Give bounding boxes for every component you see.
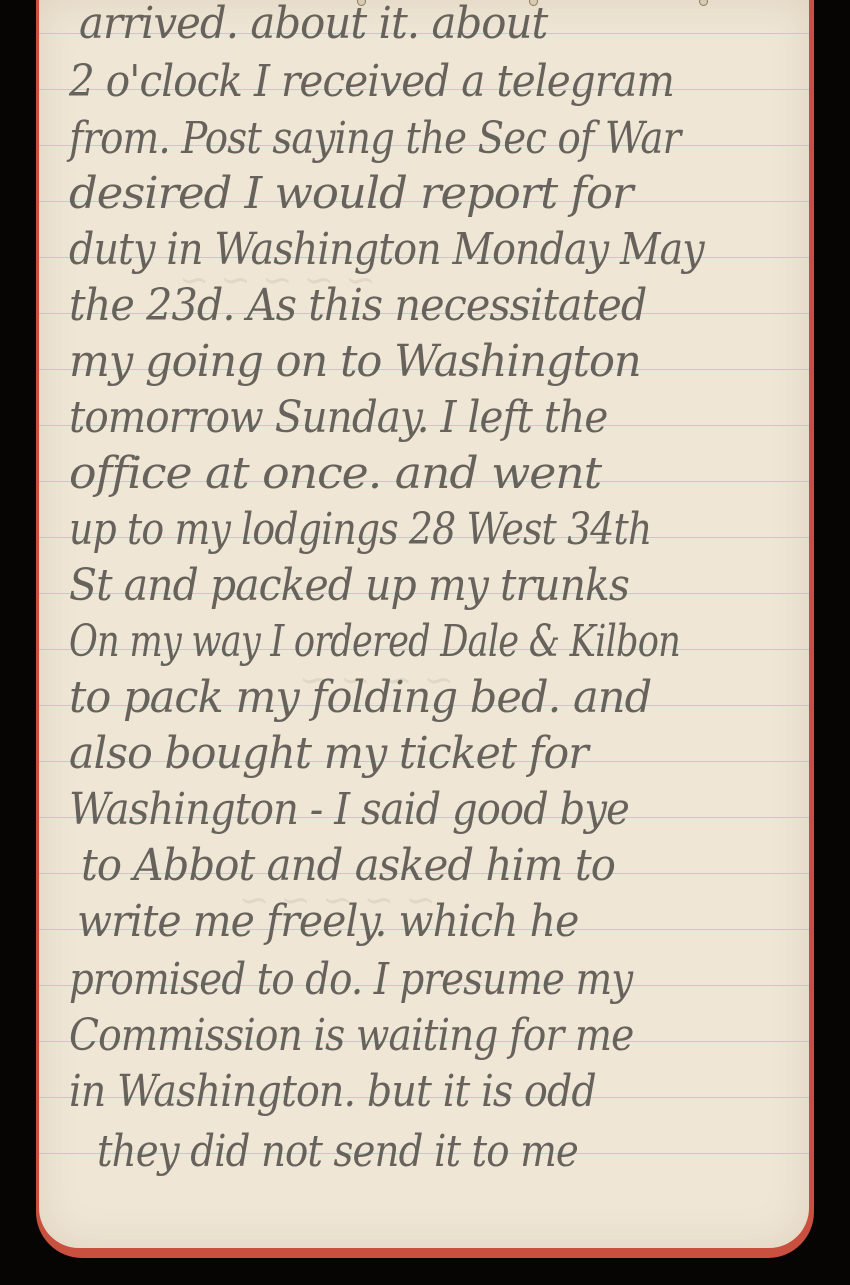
- handwritten-line: office at once. and went: [69, 452, 809, 496]
- handwritten-line: to Abbot and asked him to: [81, 844, 754, 888]
- handwritten-line: up to my lodgings 28 West 34th: [69, 508, 688, 552]
- handwritten-line: On my way I ordered Dale & Kilbon: [69, 620, 645, 664]
- handwritten-line: promised to do. I presume my: [69, 958, 703, 1002]
- handwritten-line: duty in Washington Monday May: [69, 228, 717, 272]
- handwritten-line: St and packed up my trunks: [69, 564, 739, 608]
- handwritten-line: from. Post saying the Sec of War: [69, 117, 703, 161]
- handwritten-line: 2 o'clock I received a telegram: [69, 60, 731, 104]
- handwritten-line: Commission is waiting for me: [69, 1014, 710, 1058]
- handwritten-line: the 23d. As this necessitated: [69, 284, 746, 328]
- handwritten-line: to pack my folding bed. and: [69, 676, 775, 720]
- handwritten-line: arrived. about it. about: [79, 2, 754, 46]
- handwritten-line: tomorrow Sunday. I left the: [69, 396, 731, 440]
- scan-background: ~ ~ ~ ~ ~ ~ ~ ~ ~ ~ ~ ~ ~ ~ arrived. abo…: [0, 0, 850, 1285]
- handwritten-line: desired I would report for: [69, 172, 803, 216]
- handwritten-line: also bought my ticket for: [69, 732, 767, 776]
- handwritten-line: Washington - I said good bye: [69, 788, 724, 832]
- handwritten-line: write me freely. which he: [77, 900, 739, 944]
- handwritten-line: in Washington. but it is odd: [69, 1070, 717, 1114]
- handwritten-line: my going on to Washington: [69, 340, 775, 384]
- handwritten-line: they did not send it to me: [97, 1130, 706, 1174]
- notebook-page: ~ ~ ~ ~ ~ ~ ~ ~ ~ ~ ~ ~ ~ ~ arrived. abo…: [39, 0, 809, 1248]
